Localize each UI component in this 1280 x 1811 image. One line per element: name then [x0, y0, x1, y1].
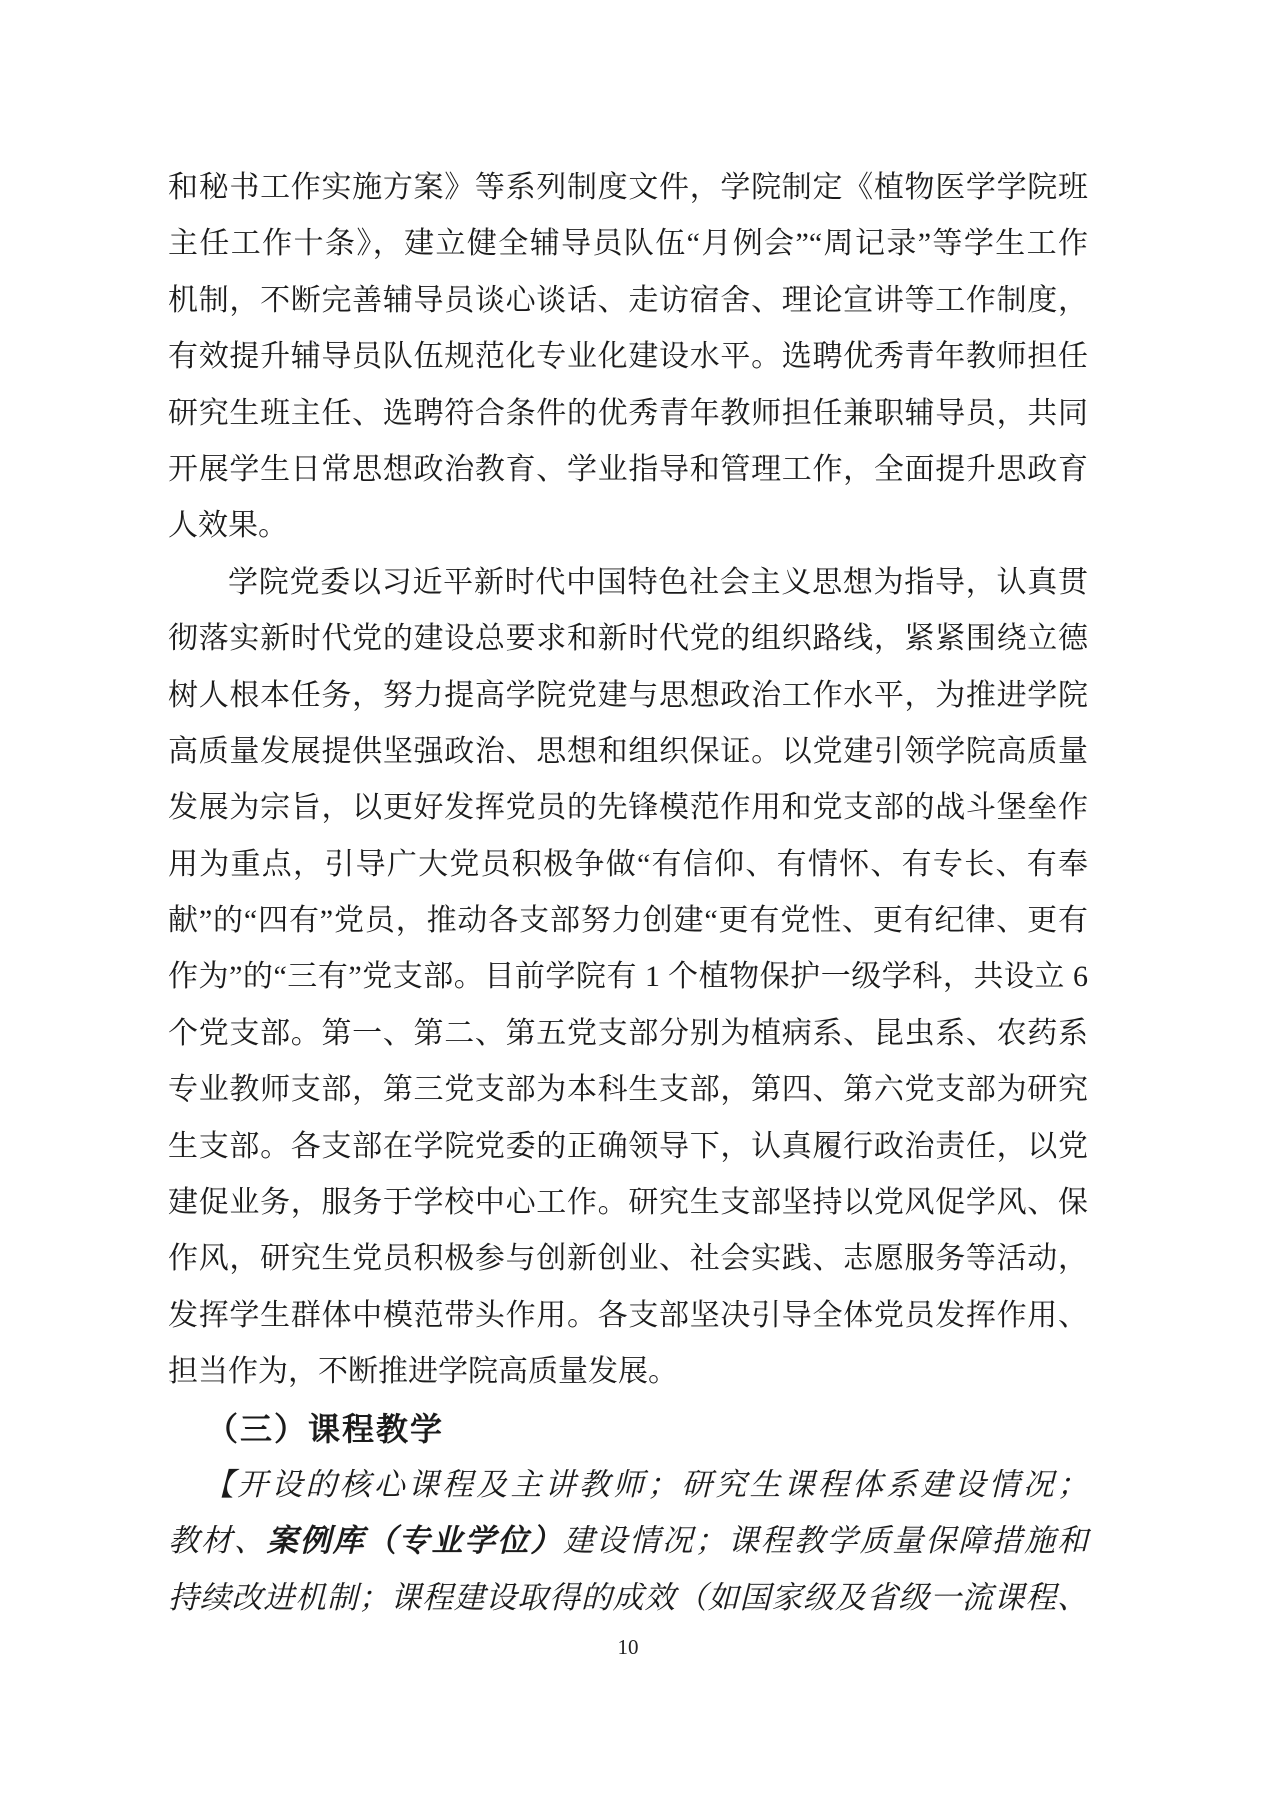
paragraph2-line: 发挥学生群体中模范带头作用。各支部坚决引导全体党员发挥作用、 [168, 1288, 1088, 1344]
paragraph3-line: 持续改进机制；课程建设取得的成效（如国家级及省级一流课程、 [168, 1570, 1088, 1626]
paragraph2-line: 高质量发展提供坚强政治、思想和组织保证。以党建引领学院高质量 [168, 724, 1088, 780]
paragraph2-line: 发展为宗旨，以更好发挥党员的先锋模范作用和党支部的战斗堡垒作 [168, 780, 1088, 836]
paragraph2-line: 作风，研究生党员积极参与创新创业、社会实践、志愿服务等活动， [168, 1231, 1088, 1287]
paragraph3-line: 【开设的核心课程及主讲教师；研究生课程体系建设情况； [168, 1457, 1088, 1513]
paragraph2-line: 献”的“四有”党员，推动各支部努力创建“更有党性、更有纪律、更有 [168, 893, 1088, 949]
paragraph2-line: 树人根本任务，努力提高学院党建与思想政治工作水平，为推进学院 [168, 668, 1088, 724]
paragraph2-line: 生支部。各支部在学院党委的正确领导下，认真履行政治责任，以党 [168, 1119, 1088, 1175]
document-page: 和秘书工作实施方案》等系列制度文件，学院制定《植物医学学院班 主任工作十条》，建… [0, 0, 1280, 1811]
page-number: 10 [168, 1632, 1088, 1662]
text-column: 和秘书工作实施方案》等系列制度文件，学院制定《植物医学学院班 主任工作十条》，建… [168, 160, 1088, 1626]
paragraph2-line: 个党支部。第一、第二、第五党支部分别为植病系、昆虫系、农药系 [168, 1006, 1088, 1062]
paragraph3-line: 教材、案例库（专业学位）建设情况；课程教学质量保障措施和 [168, 1513, 1088, 1569]
paragraph2-line: 作为”的“三有”党支部。目前学院有 1 个植物保护一级学科，共设立 6 [168, 949, 1088, 1005]
paragraph1-line: 研究生班主任、选聘符合条件的优秀青年教师担任兼职辅导员，共同 [168, 386, 1088, 442]
paragraph1-last-line: 人效果。 [168, 498, 1088, 554]
paragraph2-line: 彻落实新时代党的建设总要求和新时代党的组织路线，紧紧围绕立德 [168, 611, 1088, 667]
paragraph2-line: 建促业务，服务于学校中心工作。研究生支部坚持以党风促学风、保 [168, 1175, 1088, 1231]
bold-emphasis-text: 案例库（专业学位） [267, 1523, 563, 1558]
paragraph2-line: 学院党委以习近平新时代中国特色社会主义思想为指导，认真贯 [168, 555, 1088, 611]
paragraph2-line: 用为重点，引导广大党员积极争做“有信仰、有情怀、有专长、有奉 [168, 837, 1088, 893]
paragraph2-line: 专业教师支部，第三党支部为本科生支部，第四、第六党支部为研究 [168, 1062, 1088, 1118]
paragraph1-line: 有效提升辅导员队伍规范化专业化建设水平。选聘优秀青年教师担任 [168, 329, 1088, 385]
paragraph1-line: 开展学生日常思想政治教育、学业指导和管理工作，全面提升思政育 [168, 442, 1088, 498]
paragraph1-line: 和秘书工作实施方案》等系列制度文件，学院制定《植物医学学院班 [168, 160, 1088, 216]
section-heading: （三）课程教学 [168, 1401, 1088, 1457]
paragraph3-text: 建设情况；课程教学质量保障措施和 [563, 1523, 1088, 1558]
paragraph2-last-line: 担当作为，不断推进学院高质量发展。 [168, 1344, 1088, 1400]
paragraph1-line: 机制，不断完善辅导员谈心谈话、走访宿舍、理论宣讲等工作制度， [168, 273, 1088, 329]
paragraph3-text: 教材、 [168, 1523, 267, 1558]
paragraph1-line: 主任工作十条》，建立健全辅导员队伍“月例会”“周记录”等学生工作 [168, 216, 1088, 272]
